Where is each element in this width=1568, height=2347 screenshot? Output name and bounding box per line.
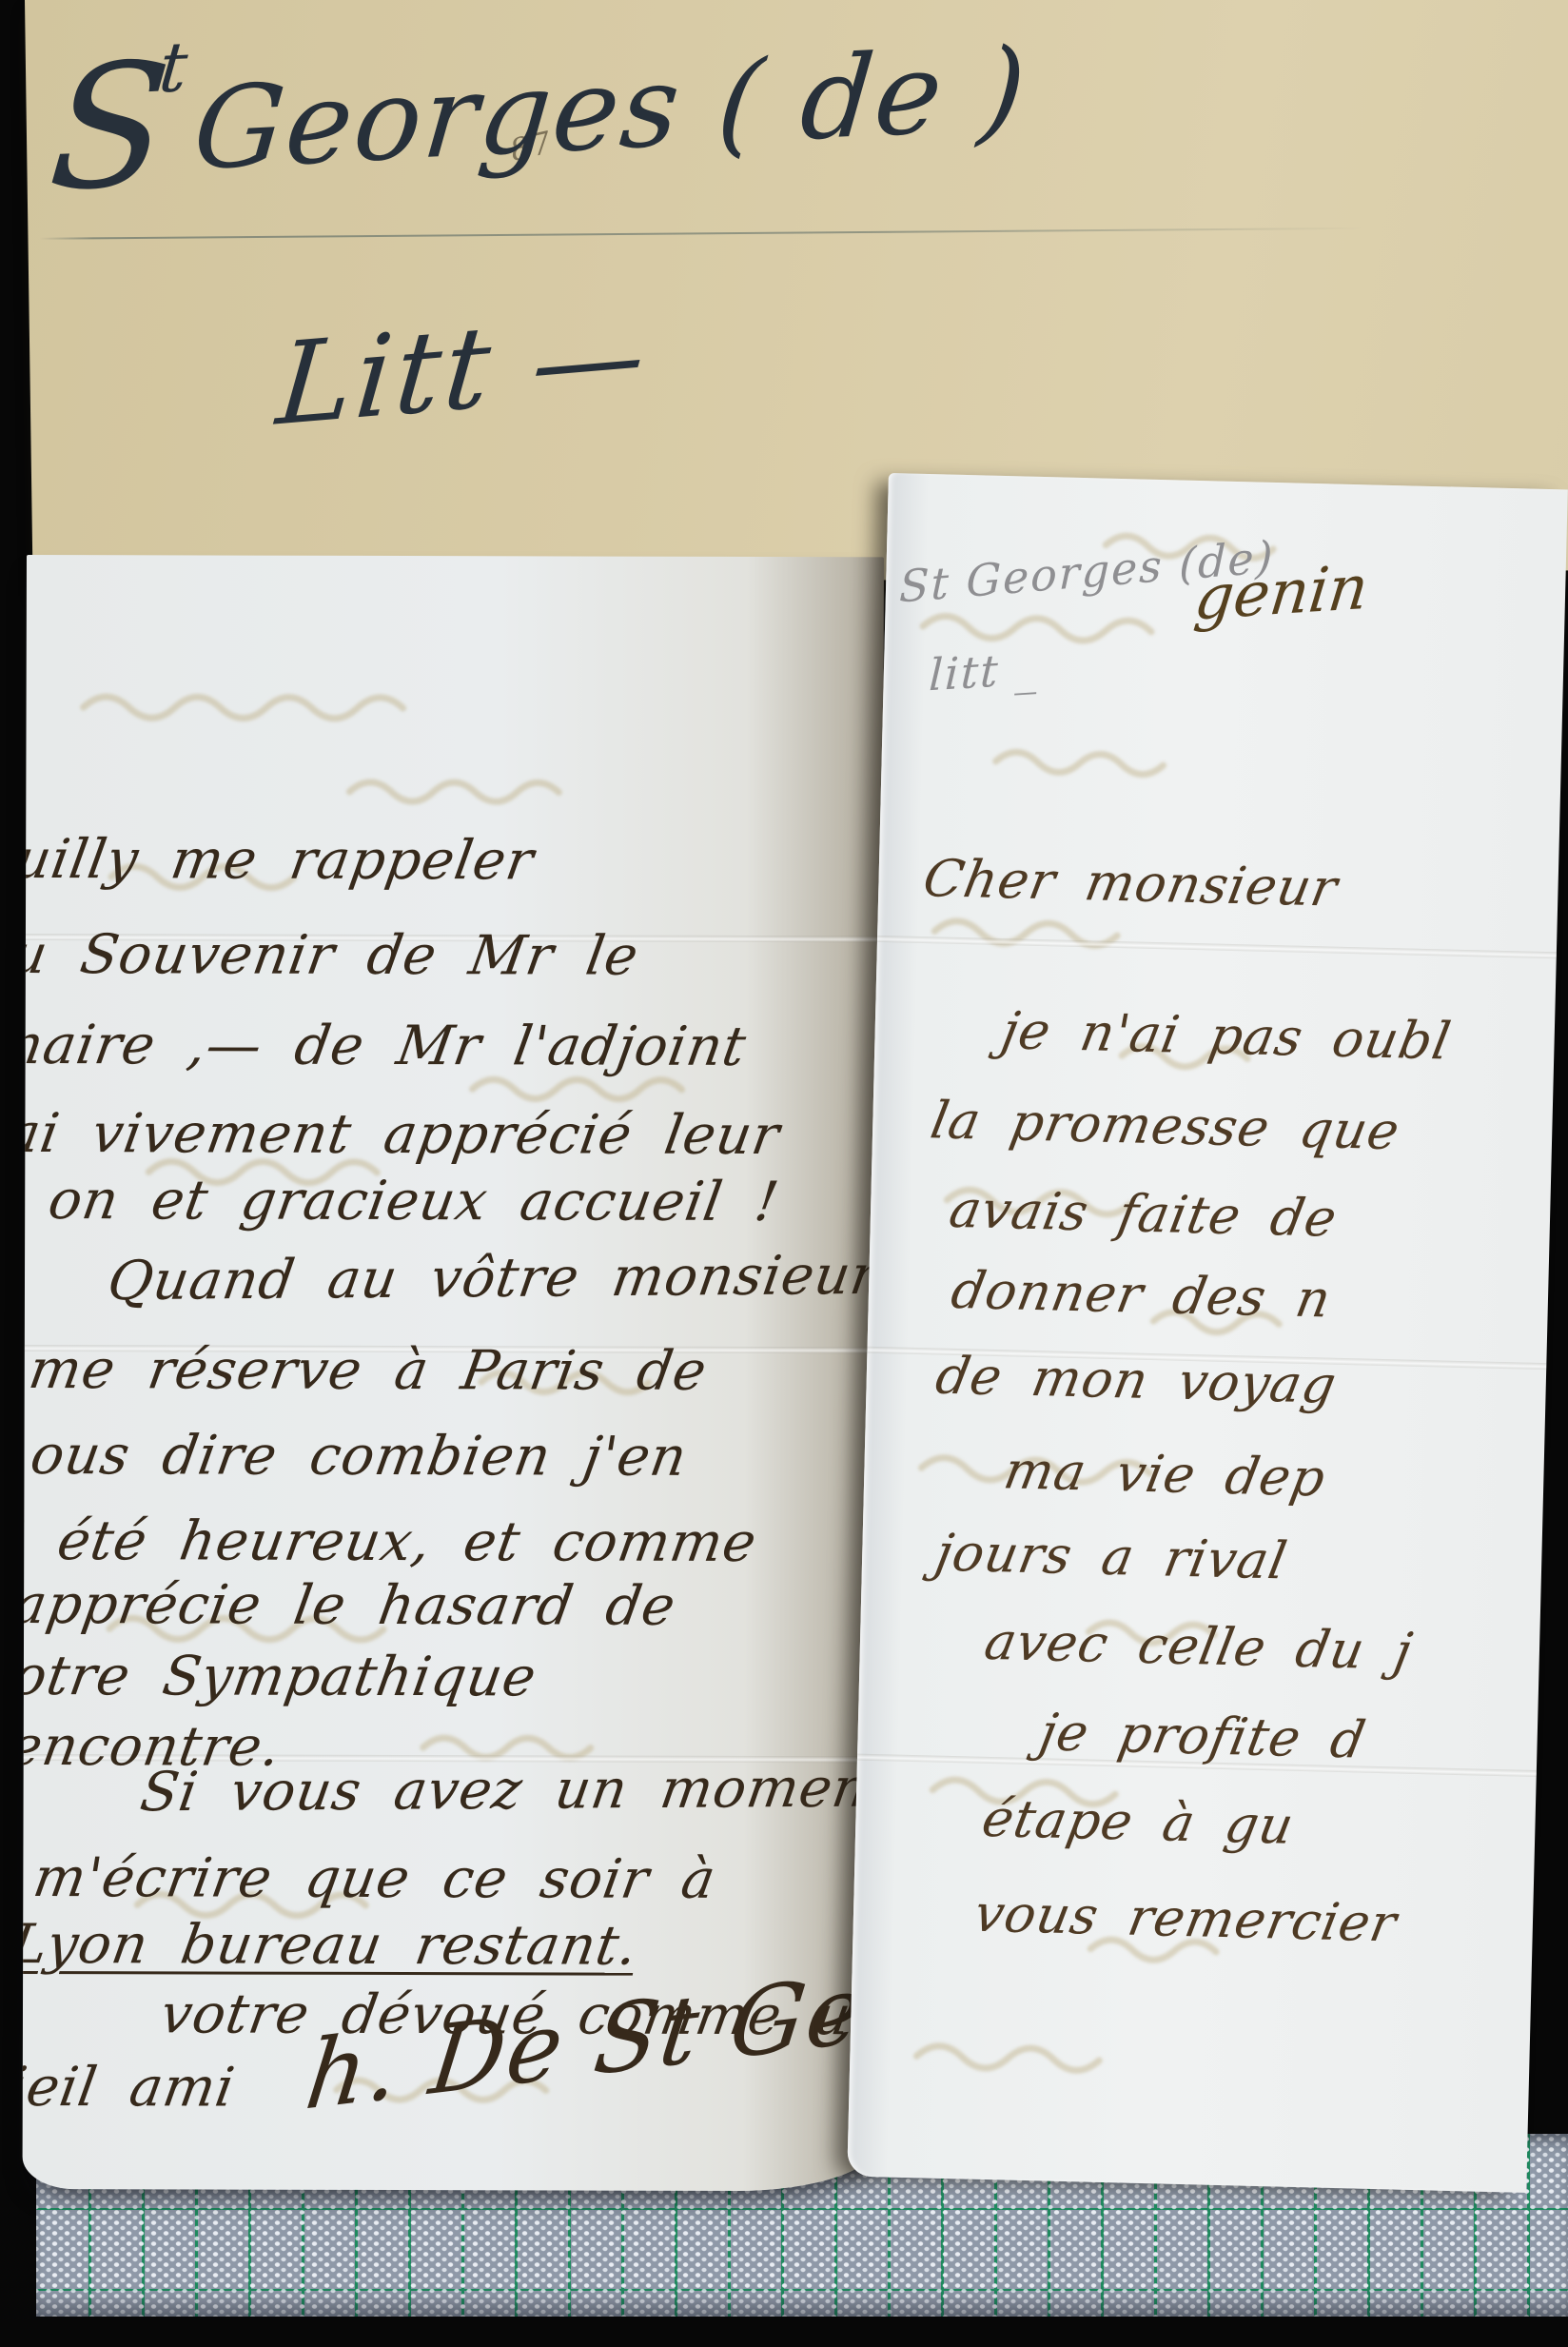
handwritten-line: je profite d <box>1036 1706 1370 1765</box>
handwritten-line: otre Sympathique <box>23 1649 540 1705</box>
handwritten-line: avais faite de <box>946 1184 1342 1245</box>
handwritten-line: de mon voyag <box>932 1351 1341 1411</box>
handwritten-line: uilly me rappeler <box>23 833 539 888</box>
handwritten-line: Cher monsieur <box>919 853 1342 914</box>
ink-annotation: genin <box>1191 558 1371 630</box>
handwritten-line: Lyon bureau restant. <box>23 1918 642 1974</box>
folder-subtitle: Litt — <box>272 287 655 451</box>
handwritten-line: donner des n <box>948 1265 1336 1325</box>
handwritten-line: vous remercier <box>970 1888 1401 1950</box>
handwritten-line: u Souvenir de Mr le <box>23 928 643 984</box>
pencil-annotation: litt _ <box>928 646 1040 697</box>
handwritten-line: Si vous avez un moment <box>137 1762 884 1821</box>
handwritten-line: ma vie dep <box>1000 1445 1329 1504</box>
handwritten-line: i été heureux, et comme <box>23 1514 761 1570</box>
folder-title: StGeorges ( de ) <box>44 0 1034 216</box>
handwritten-line: avec celle du j <box>981 1616 1417 1678</box>
handwritten-line: ieil ami <box>23 2061 239 2116</box>
handwritten-line: m'écrire que ce soir à <box>29 1851 719 1907</box>
handwritten-line: naire ,— de Mr l'adjoint <box>23 1018 751 1075</box>
ruled-line <box>39 227 1390 240</box>
handwritten-line: Quand au vôtre monsieur, <box>104 1249 884 1309</box>
photo: 87 StGeorges ( de ) Litt — uilly me rapp… <box>0 0 1568 2347</box>
handwritten-line: on et gracieux accueil ! <box>45 1173 782 1230</box>
folder-title-name: Georges ( de ) <box>188 23 1032 196</box>
handwritten-line: ai vivement apprécié leur <box>23 1107 784 1163</box>
handwritten-line: jours a rival <box>931 1528 1291 1588</box>
handwritten-line: ous dire combien j'en <box>27 1429 691 1485</box>
handwritten-line: me réserve à Paris de <box>26 1343 711 1399</box>
folder-title-initial: S <box>43 25 177 228</box>
letter-page-left: uilly me rappeler u Souvenir de Mr le na… <box>23 555 884 2191</box>
handwritten-line: la promesse que <box>927 1095 1403 1157</box>
letter-page-right: St Georges (de) litt _ genin Cher monsie… <box>847 473 1568 2193</box>
handwritten-line: apprécie le hasard de <box>23 1578 680 1634</box>
handwritten-line: étape à gu <box>978 1793 1298 1852</box>
handwritten-line: je n'ai pas oubl <box>998 1005 1456 1067</box>
